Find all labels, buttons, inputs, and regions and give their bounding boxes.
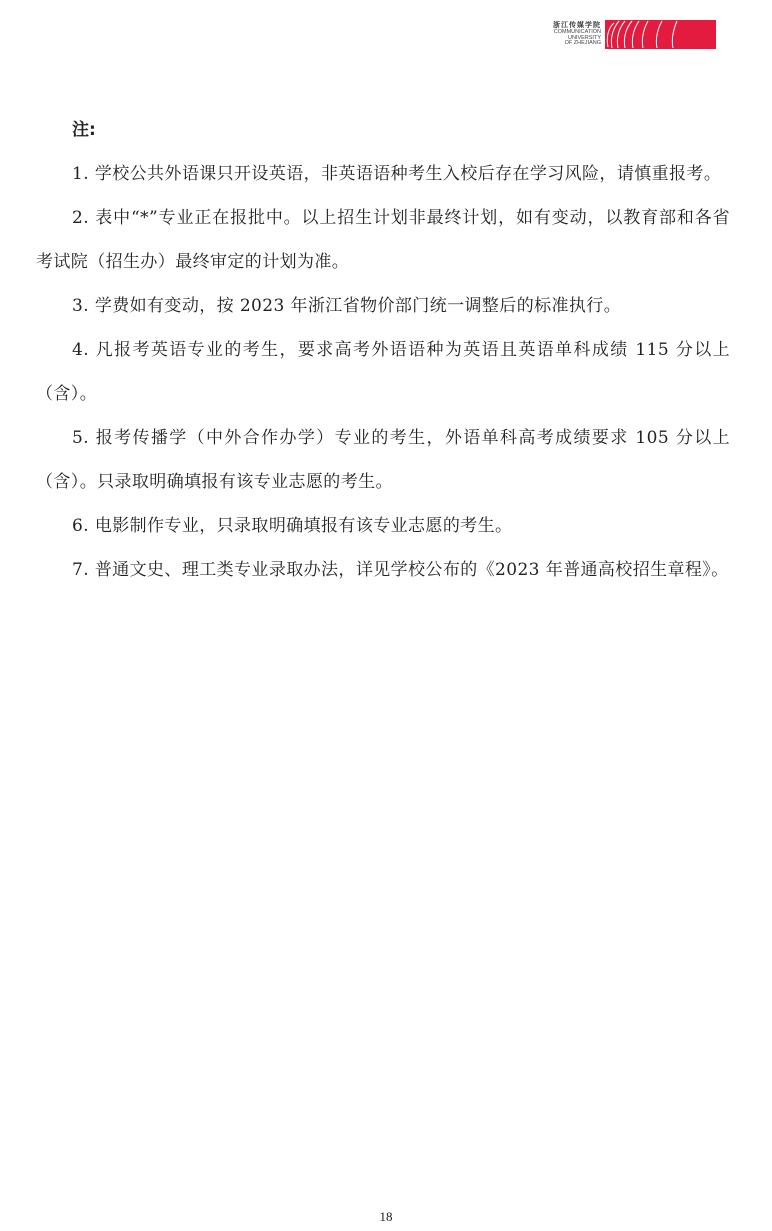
note-item-4: 4. 凡报考英语专业的考生，要求高考外语语种为英语且英语单科成绩 115 分以上… (36, 328, 730, 416)
notes-heading: 注: (36, 108, 730, 152)
page-number: 18 (0, 1209, 772, 1225)
logo-name-cn: 浙江传媒学院 (553, 21, 601, 28)
note-item-7: 7. 普通文史、理工类专业录取办法，详见学校公布的《2023 年普通高校招生章程… (36, 548, 730, 592)
note-item-2: 2. 表中“*”专业正在报批中。以上招生计划非最终计划，如有变动，以教育部和各省… (36, 196, 730, 284)
university-logo: 浙江传媒学院 COMMUNICATION UNIVERSITY OF ZHEJI… (553, 18, 716, 50)
logo-name-en-line-3: OF ZHEJIANG (565, 41, 601, 47)
note-item-5: 5. 报考传播学（中外合作办学）专业的考生，外语单科高考成绩要求 105 分以上… (36, 416, 730, 504)
logo-mark-icon (605, 20, 716, 49)
note-item-3: 3. 学费如有变动，按 2023 年浙江省物价部门统一调整后的标准执行。 (36, 284, 730, 328)
note-item-1: 1. 学校公共外语课只开设英语，非英语语种考生入校后存在学习风险，请慎重报考。 (36, 152, 730, 196)
notes-section: 注: 1. 学校公共外语课只开设英语，非英语语种考生入校后存在学习风险，请慎重报… (36, 108, 730, 592)
logo-text: 浙江传媒学院 COMMUNICATION UNIVERSITY OF ZHEJI… (553, 21, 601, 47)
note-item-6: 6. 电影制作专业，只录取明确填报有该专业志愿的考生。 (36, 504, 730, 548)
